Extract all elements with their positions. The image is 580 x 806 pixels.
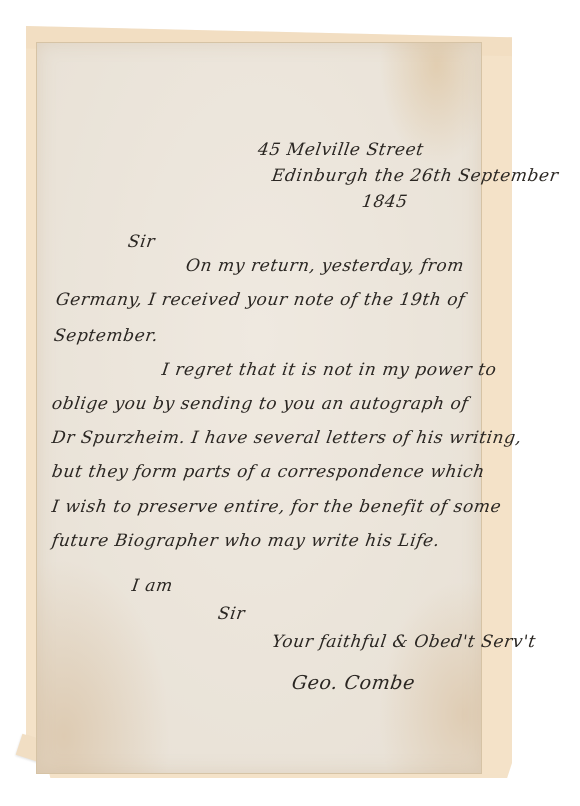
signature: Geo. Combe (290, 672, 416, 694)
body-line-6: Dr Spurzheim. I have several letters of … (51, 428, 523, 448)
closing-line-2: Sir (217, 604, 247, 624)
salutation: Sir (127, 232, 157, 252)
closing-line-3: Your faithful & Obed't Serv't (271, 632, 538, 652)
body-line-8: I wish to preserve entire, for the benef… (51, 497, 503, 517)
body-line-4: I regret that it is not in my power to (161, 360, 498, 380)
address-year: 1845 (361, 192, 409, 212)
body-line-9: future Biographer who may write his Life… (51, 531, 442, 551)
body-line-1: On my return, yesterday, from (185, 256, 466, 276)
body-line-5: oblige you by sending to you an autograp… (51, 394, 470, 414)
body-line-7: but they form parts of a correspondence … (51, 462, 487, 482)
body-line-2: Germany, I received your note of the 19t… (55, 290, 467, 310)
address-line-2: Edinburgh the 26th September (271, 166, 560, 186)
closing-line-1: I am (131, 576, 175, 596)
body-line-3: September. (53, 326, 160, 346)
address-line-1: 45 Melville Street (257, 140, 425, 160)
